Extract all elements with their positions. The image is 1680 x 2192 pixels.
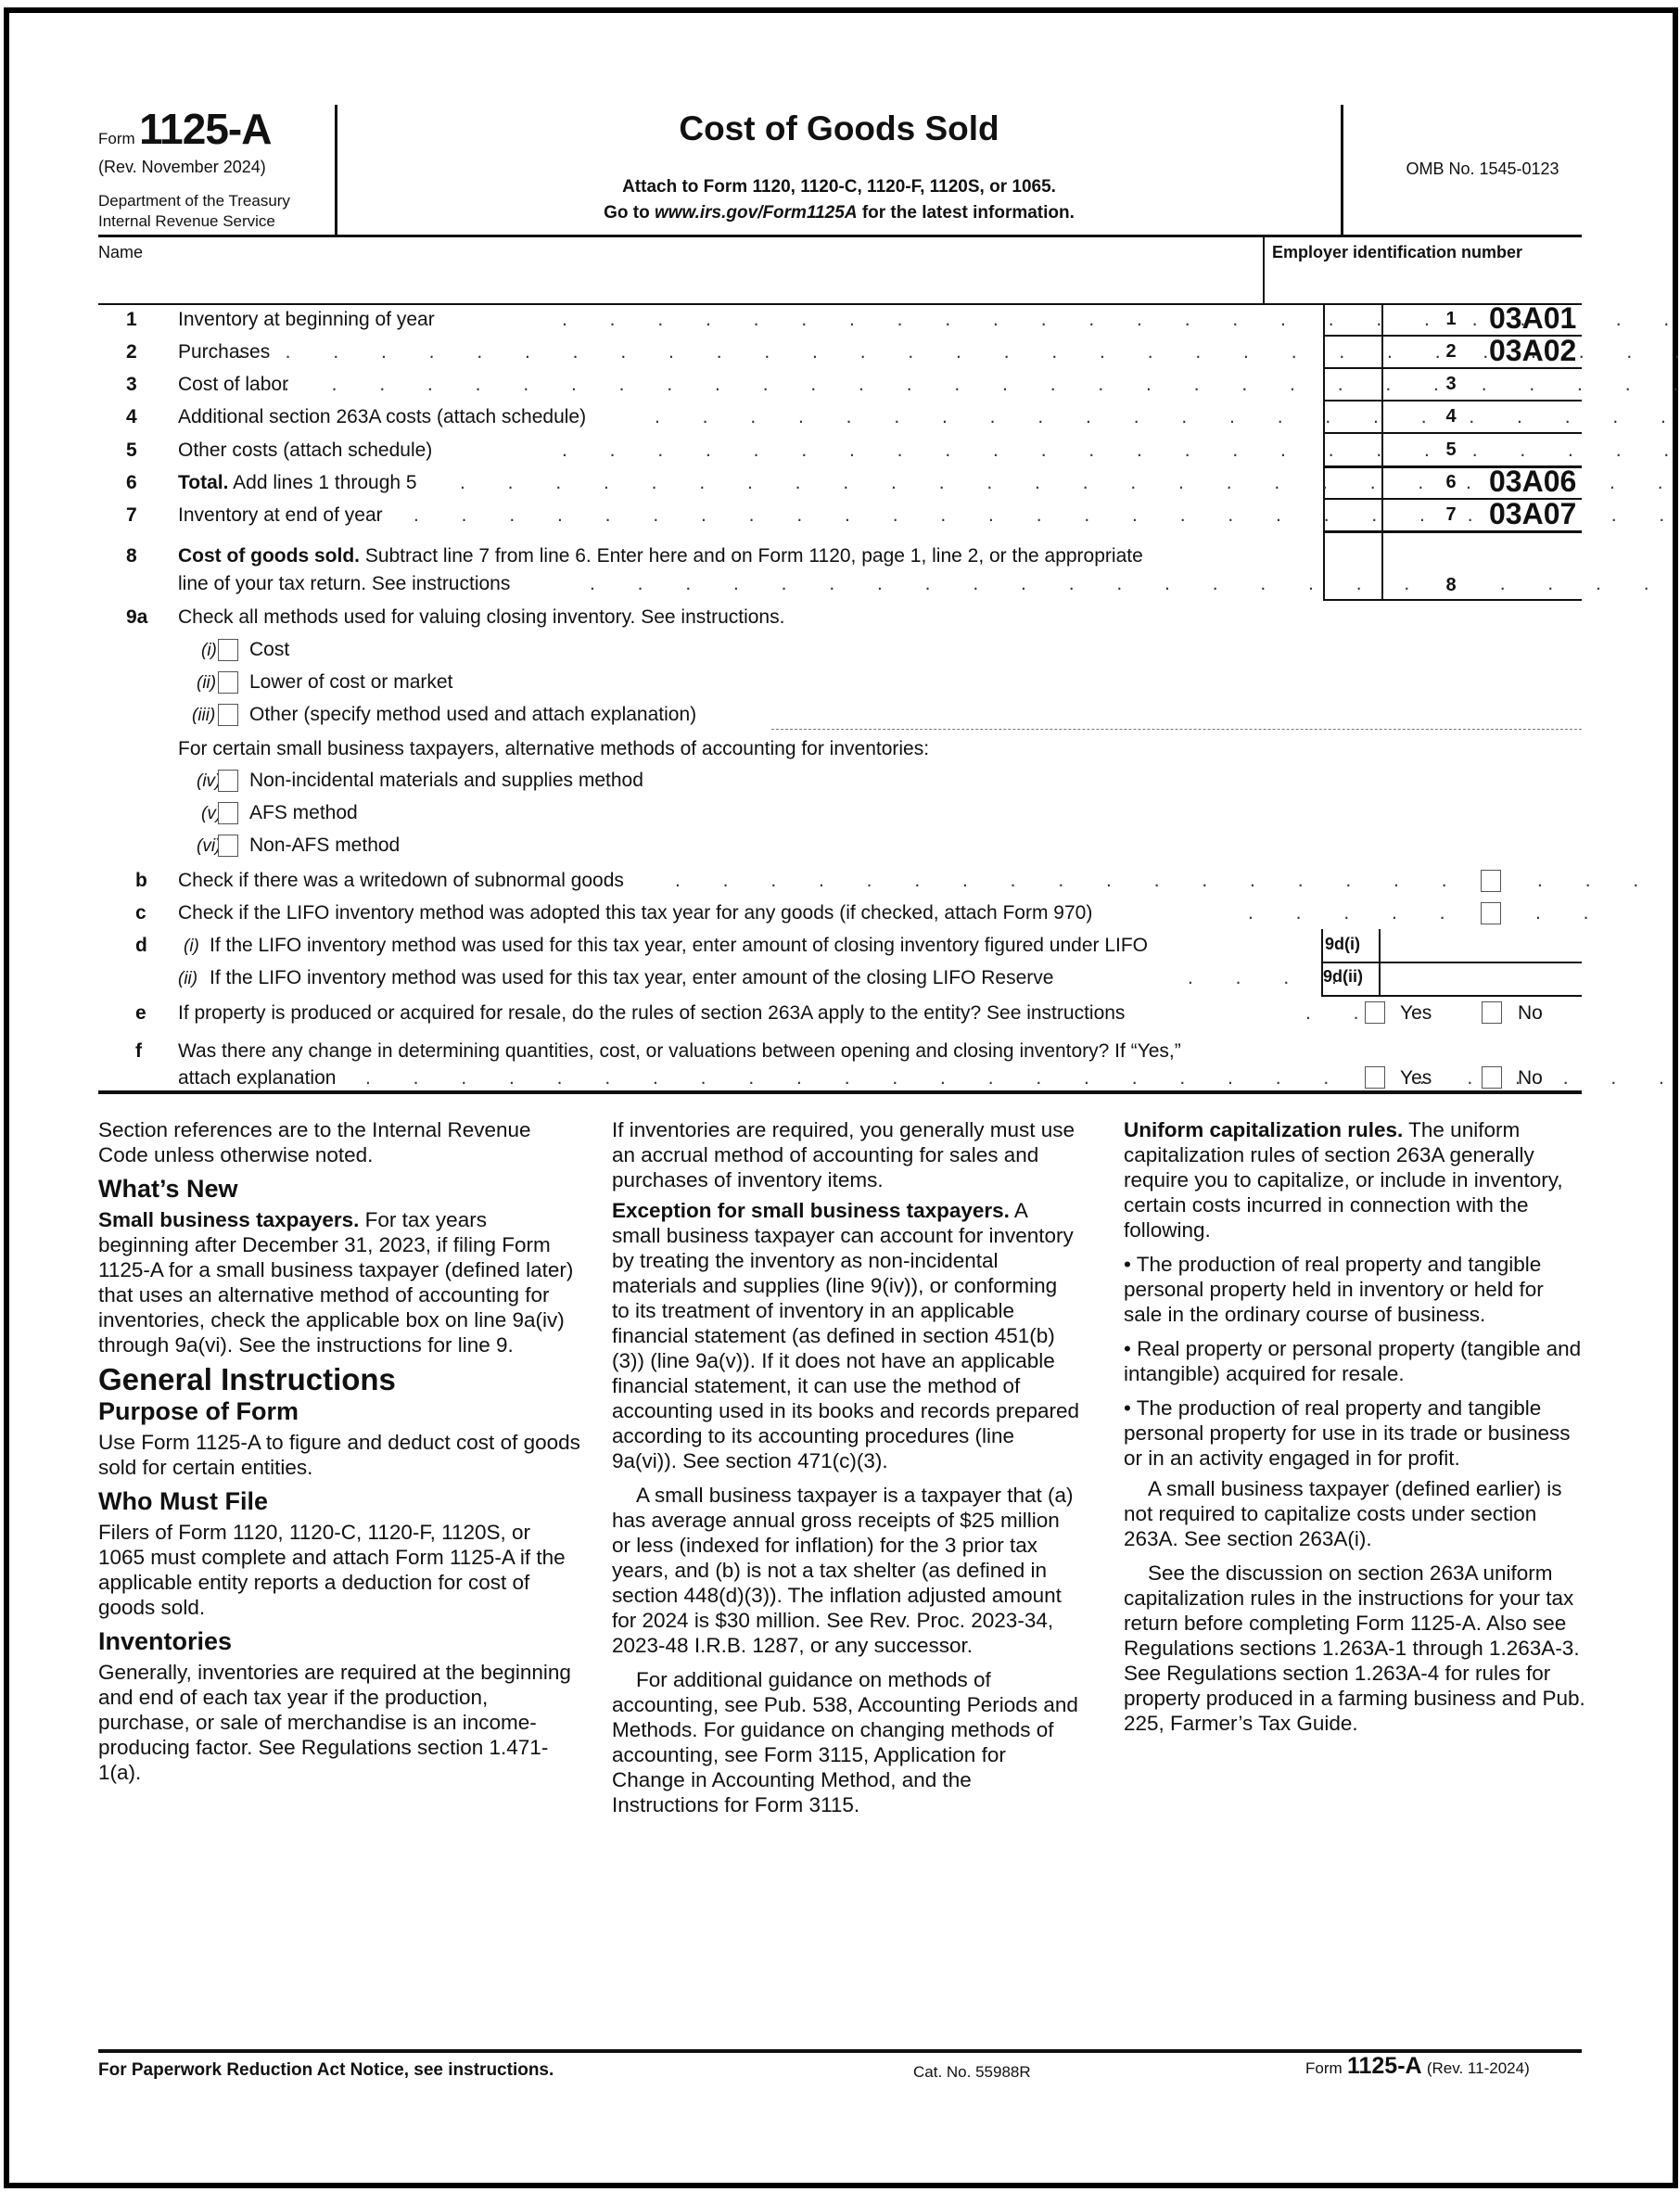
- line-9d-ii-label: If the LIFO inventory method was used fo…: [210, 967, 1053, 989]
- roman-numeral: (ii): [178, 969, 197, 989]
- line-label-text: Inventory at beginning of year: [178, 309, 435, 330]
- line-label: Inventory at end of year: [178, 504, 383, 527]
- form-bottom-rule: [98, 1090, 1582, 1094]
- line-8-text: Subtract line 7 from line 6. Enter here …: [360, 545, 1143, 567]
- line-label-bold: Total.: [178, 472, 228, 493]
- whats-new-heading: What’s New: [98, 1177, 580, 1202]
- line-8-bottom-rule: [1323, 599, 1582, 601]
- method-label: Lower of cost or market: [249, 671, 452, 694]
- checkbox-method[interactable]: [218, 671, 238, 694]
- general-instructions-heading: General Instructions: [98, 1367, 580, 1392]
- name-label: Name: [98, 243, 143, 262]
- line-label-text: Other costs (attach schedule): [178, 440, 432, 461]
- line-number: 7: [126, 504, 163, 527]
- unicap-lead: Uniform capitalization rules.: [1124, 1118, 1403, 1141]
- line-label: Inventory at beginning of year: [178, 309, 435, 331]
- line-9f-label: Was there any change in determining quan…: [178, 1040, 1181, 1063]
- box-number: 1: [1422, 309, 1480, 330]
- line-9d-i-label: If the LIFO inventory method was used fo…: [210, 935, 1148, 957]
- goto-prefix: Go to: [604, 203, 655, 223]
- line-letter: c: [135, 902, 172, 924]
- line-8-label: Cost of goods sold. Subtract line 7 from…: [178, 545, 1143, 567]
- method-label: Non-incidental materials and supplies me…: [249, 770, 643, 792]
- form-title: Cost of Goods Sold: [337, 109, 1341, 148]
- goto-suffix: for the latest information.: [858, 203, 1075, 223]
- exception-lead: Exception for small business taxpayers.: [612, 1199, 1010, 1222]
- line-9a-label: Check all methods used for valuing closi…: [178, 606, 784, 629]
- line-amount-field[interactable]: 03A07: [1489, 499, 1576, 529]
- checkbox-method[interactable]: [218, 802, 238, 824]
- line-label-text: Additional section 263A costs (attach sc…: [178, 406, 586, 427]
- checkbox-9c-lifo-adopted[interactable]: [1481, 902, 1501, 924]
- box-9d-mid-hrule: [1321, 962, 1582, 963]
- amount-row-rule: [1323, 530, 1582, 533]
- box-9d-bottom-rule: [1321, 995, 1582, 997]
- method-label: Cost: [249, 639, 289, 661]
- header-bottom-rule: [98, 235, 1582, 237]
- irs-url-link[interactable]: www.irs.gov/Form1125A: [655, 203, 858, 223]
- leader-dots: . . . . . . . . . . . . . . . . . . . . …: [675, 870, 1680, 892]
- roman-numeral: (ii): [197, 673, 216, 694]
- checkbox-9b-writedown[interactable]: [1481, 870, 1501, 892]
- unicap-bullet: • The production of real property and ta…: [1124, 1395, 1587, 1471]
- leader-dots: . . . . . . . . . . . . . . . . . . . . …: [590, 573, 1680, 595]
- catalog-number: Cat. No. 55988R: [913, 2063, 1031, 2082]
- box-number: 3: [1422, 374, 1480, 395]
- checkbox-9f-yes-label: Yes: [1400, 1067, 1432, 1090]
- line-8-label-cont: line of your tax return. See instruction…: [178, 573, 510, 595]
- box-number: 6: [1422, 472, 1480, 493]
- exception-text: A small business taxpayer can account fo…: [612, 1199, 1079, 1472]
- agency: Internal Revenue Service: [98, 211, 275, 231]
- discussion-text: See the discussion on section 263A unifo…: [1124, 1561, 1587, 1736]
- checkbox-9f-no[interactable]: [1482, 1066, 1502, 1089]
- checkbox-method[interactable]: [218, 835, 238, 857]
- name-field[interactable]: [98, 263, 1262, 302]
- line-number: 5: [126, 440, 163, 462]
- form-word: Form: [98, 130, 135, 147]
- leader-dots: . . . . . . . .: [1248, 902, 1608, 924]
- method-label: AFS method: [249, 802, 358, 824]
- form-number: 1125-A: [139, 105, 271, 153]
- small-business-paragraph: Small business taxpayers. For tax years …: [98, 1207, 580, 1357]
- checkbox-9e-no-label: No: [1518, 1002, 1543, 1025]
- ein-label: Employer identification number: [1272, 243, 1522, 262]
- box-number: 4: [1422, 406, 1480, 427]
- line-label-text: Inventory at end of year: [178, 504, 383, 526]
- checkbox-method[interactable]: [218, 770, 238, 792]
- line-letter: b: [135, 870, 172, 892]
- department: Department of the Treasury: [98, 191, 290, 210]
- line-number: 9a: [126, 606, 163, 629]
- method-label: Other (specify method used and attach ex…: [249, 704, 696, 726]
- footer-revision: (Rev. 11-2024): [1427, 2059, 1530, 2077]
- instructions-column-1: Section references are to the Internal R…: [98, 1117, 580, 1794]
- omb-number: OMB No. 1545-0123: [1343, 159, 1622, 179]
- form-id-block: Form 1125-A: [98, 104, 271, 154]
- small-business-note: For certain small business taxpayers, al…: [178, 738, 929, 760]
- ein-divider: [1263, 237, 1265, 304]
- name-row-rule: [98, 303, 1582, 305]
- paperwork-notice: For Paperwork Reduction Act Notice, see …: [98, 2060, 554, 2081]
- footer-form-number: 1125-A: [1347, 2053, 1422, 2079]
- amount-row-rule: [1323, 432, 1582, 434]
- exception-paragraph: Exception for small business taxpayers. …: [612, 1198, 1080, 1473]
- purpose-text: Use Form 1125-A to figure and deduct cos…: [98, 1430, 580, 1480]
- line-number: 4: [126, 406, 163, 428]
- line-number: 8: [126, 545, 163, 567]
- unicap-paragraph: Uniform capitalization rules. The unifor…: [1124, 1117, 1587, 1243]
- ein-field[interactable]: [1272, 267, 1578, 302]
- leader-dots: . . . . . . . . . . . . . . . . . . . . …: [562, 440, 1680, 462]
- checkbox-9f-yes[interactable]: [1365, 1066, 1385, 1089]
- line-label: Other costs (attach schedule): [178, 440, 432, 462]
- unicap-bullet: • The production of real property and ta…: [1124, 1252, 1587, 1327]
- line-amount-field[interactable]: 03A01: [1489, 303, 1576, 333]
- method-label: Non-AFS method: [249, 835, 400, 857]
- amount-row-rule: [1323, 400, 1582, 401]
- footer-form-word: Form: [1305, 2059, 1343, 2077]
- unicap-bullet: • Real property or personal property (ta…: [1124, 1336, 1587, 1386]
- box-number: 9d(ii): [1323, 967, 1363, 987]
- line-label-text: Cost of labor: [178, 374, 288, 395]
- checkbox-9e-yes-label: Yes: [1400, 1002, 1432, 1025]
- line-number: 2: [126, 341, 163, 363]
- box-number: 2: [1422, 341, 1480, 363]
- line-number: 3: [126, 374, 163, 396]
- who-must-file-heading: Who Must File: [98, 1489, 580, 1514]
- line-9e-label: If property is produced or acquired for …: [178, 1002, 1125, 1025]
- checkbox-9e-no[interactable]: [1482, 1001, 1502, 1024]
- line-letter: e: [135, 1002, 172, 1025]
- instructions-column-3: Uniform capitalization rules. The unifor…: [1124, 1117, 1587, 1745]
- inventories-text: Generally, inventories are required at t…: [98, 1660, 580, 1785]
- attach-instruction: Attach to Form 1120, 1120-C, 1120-F, 112…: [337, 174, 1341, 199]
- roman-numeral: (i): [201, 641, 217, 661]
- footer-form-id: Form 1125-A (Rev. 11-2024): [1305, 2053, 1530, 2080]
- line-label: Additional section 263A costs (attach sc…: [178, 406, 586, 428]
- line-9c-label: Check if the LIFO inventory method was a…: [178, 902, 1092, 924]
- line-label: Cost of labor: [178, 374, 288, 396]
- purpose-heading: Purpose of Form: [98, 1399, 580, 1424]
- goto-instruction: Go to www.irs.gov/Form1125A for the late…: [337, 200, 1341, 225]
- box-number: 5: [1422, 440, 1480, 461]
- line-label: Total. Add lines 1 through 5: [178, 472, 417, 494]
- line-letter: d: [135, 935, 172, 957]
- section-references-note: Section references are to the Internal R…: [98, 1117, 580, 1167]
- line-9b-label: Check if there was a writedown of subnor…: [178, 870, 624, 892]
- definition-text: A small business taxpayer is a taxpayer …: [612, 1483, 1080, 1658]
- small-business-lead: Small business taxpayers.: [98, 1208, 359, 1231]
- inventories-heading: Inventories: [98, 1629, 580, 1654]
- box-number: 7: [1422, 504, 1480, 526]
- line-amount-field[interactable]: 03A06: [1489, 466, 1576, 496]
- checkbox-method[interactable]: [218, 704, 238, 726]
- guidance-text: For additional guidance on methods of ac…: [612, 1667, 1080, 1817]
- checkbox-9f-no-label: No: [1518, 1067, 1543, 1090]
- box-number: 9d(i): [1325, 935, 1360, 954]
- checkbox-method[interactable]: [218, 639, 238, 661]
- who-must-file-text: Filers of Form 1120, 1120-C, 1120-F, 112…: [98, 1520, 580, 1620]
- line-9f-label-cont: attach explanation: [178, 1067, 336, 1090]
- roman-numeral: (iii): [192, 706, 215, 726]
- box-number: 8: [1422, 575, 1480, 597]
- accrual-text: If inventories are required, you general…: [612, 1117, 1080, 1192]
- line-label-text: Add lines 1 through 5: [228, 472, 416, 493]
- line-letter: f: [135, 1040, 172, 1063]
- other-method-field[interactable]: [771, 729, 1582, 730]
- checkbox-9e-yes[interactable]: [1365, 1001, 1385, 1024]
- instructions-column-2: If inventories are required, you general…: [612, 1117, 1080, 1827]
- line-8-bold: Cost of goods sold.: [178, 545, 360, 567]
- small-biz-exemption: A small business taxpayer (defined earli…: [1124, 1476, 1587, 1551]
- leader-dots: . . . . . . . . . . . . . . . . . . . . …: [655, 406, 1680, 428]
- line-number: 6: [126, 472, 163, 494]
- line-number: 1: [126, 309, 163, 331]
- amount-row-rule: [1323, 367, 1582, 369]
- form-revision: (Rev. November 2024): [98, 158, 266, 177]
- line-amount-field[interactable]: 03A02: [1489, 336, 1576, 365]
- roman-numeral: (i): [184, 937, 199, 957]
